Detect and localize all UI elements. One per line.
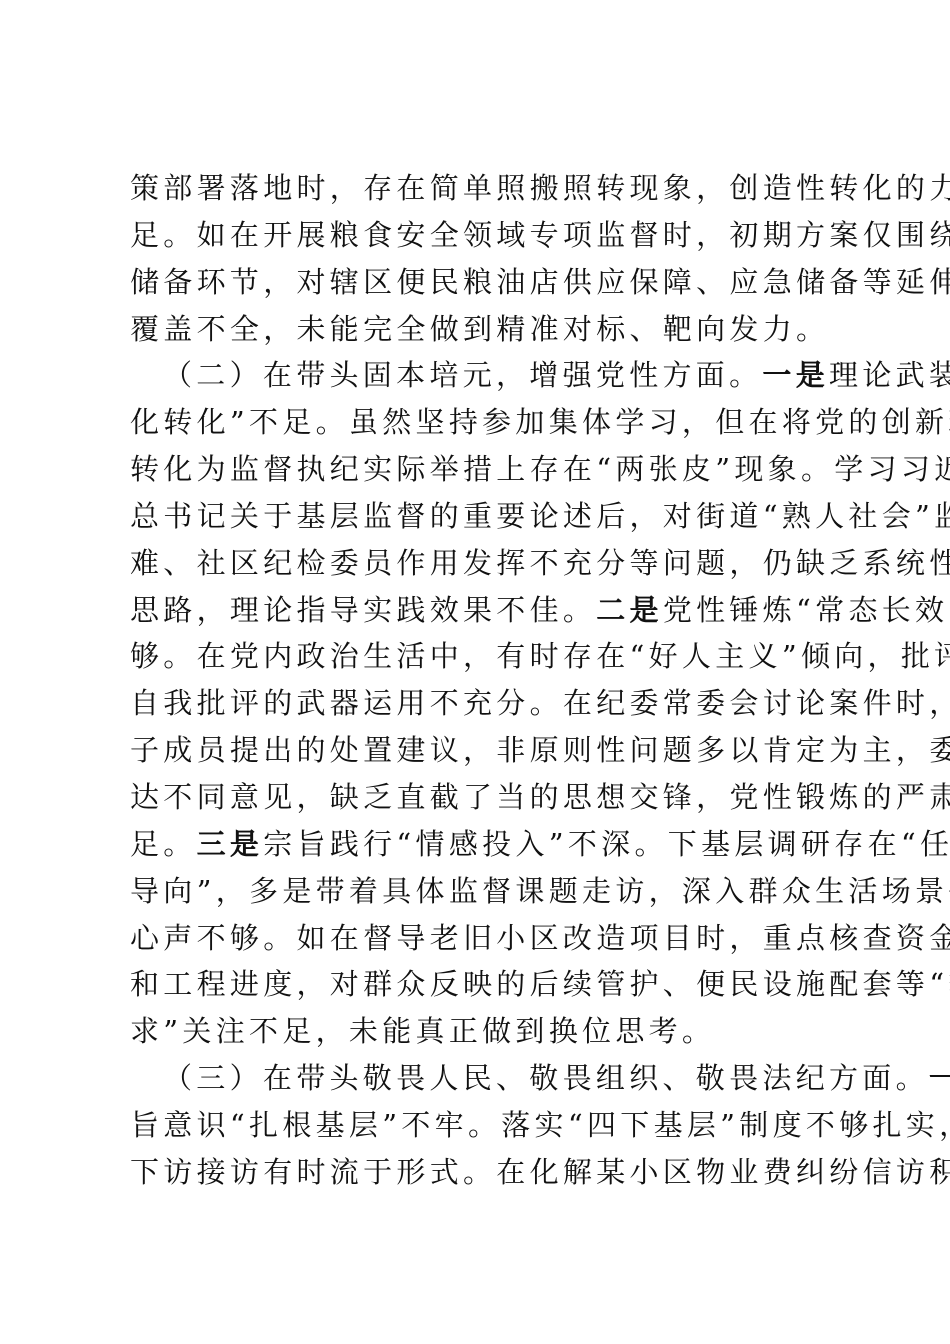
text-line: 思路，理论指导实践效果不佳。二是党性锤炼“常态长效”不	[130, 587, 830, 634]
text-run: 党性锤炼“常态长效”不	[663, 593, 950, 627]
text-line: 难、社区纪检委员作用发挥不充分等问题，仍缺乏系统性破解	[130, 540, 830, 587]
section-3-first-line: （三）在带头敬畏人民、敬畏组织、敬畏法纪方面。一是宗	[130, 1055, 830, 1102]
text-line: 自我批评的武器运用不充分。在纪委常委会讨论案件时，对班	[130, 680, 830, 727]
document-body: 策部署落地时，存在简单照搬照转现象，创造性转化的力度不 足。如在开展粮食安全领域…	[130, 165, 830, 1196]
text-line: 求”关注不足，未能真正做到换位思考。	[130, 1008, 830, 1055]
text-line: 足。如在开展粮食安全领域专项监督时，初期方案仅围绕传统	[130, 212, 830, 259]
text-line: 储备环节，对辖区便民粮油店供应保障、应急储备等延伸环节	[130, 259, 830, 306]
text-line: 够。在党内政治生活中，有时存在“好人主义”倾向，批评与	[130, 633, 830, 680]
text-line: 导向”，多是带着具体监督课题走访，深入群众生活场景倾听	[130, 868, 830, 915]
text-line: 覆盖不全，未能完全做到精准对标、靶向发力。	[130, 306, 830, 353]
point-lead: 三是	[197, 827, 264, 861]
text-line: 下访接访有时流于形式。在化解某小区物业费纠纷信访积案	[130, 1149, 830, 1196]
text-run: 思路，理论指导实践效果不佳。	[130, 593, 596, 627]
document-page: 策部署落地时，存在简单照搬照转现象，创造性转化的力度不 足。如在开展粮食安全领域…	[0, 0, 950, 1344]
point-lead: 二是	[596, 593, 663, 627]
text-line: 心声不够。如在督导老旧小区改造项目时，重点核查资金使用	[130, 915, 830, 962]
section-2-first-line: （二）在带头固本培元，增强党性方面。一是理论武装“内	[130, 352, 830, 399]
text-line: 策部署落地时，存在简单照搬照转现象，创造性转化的力度不	[130, 165, 830, 212]
text-line: 总书记关于基层监督的重要论述后，对街道“熟人社会”监督	[130, 493, 830, 540]
text-run: 宗旨践行“情感投入”不深。下基层调研存在“任务	[263, 827, 950, 861]
text-line: 足。三是宗旨践行“情感投入”不深。下基层调研存在“任务	[130, 821, 830, 868]
text-line: 旨意识“扎根基层”不牢。落实“四下基层”制度不够扎实，	[130, 1102, 830, 1149]
section-heading: （三）在带头敬畏人民、敬畏组织、敬畏法纪方面。	[163, 1061, 929, 1095]
text-line: 和工程进度，对群众反映的后续管护、便民设施配套等“软需	[130, 961, 830, 1008]
text-line: 转化为监督执纪实际举措上存在“两张皮”现象。学习习近平	[130, 446, 830, 493]
text-run: 理论武装“内	[829, 358, 950, 392]
point-lead: 一是	[762, 358, 829, 392]
text-run: 足。	[130, 827, 197, 861]
text-line: 子成员提出的处置建议，非原则性问题多以肯定为主，委婉表	[130, 727, 830, 774]
text-line: 达不同意见，缺乏直截了当的思想交锋，党性锻炼的严肃性不	[130, 774, 830, 821]
point-lead: 一是	[929, 1061, 950, 1095]
section-heading: （二）在带头固本培元，增强党性方面。	[163, 358, 762, 392]
text-line: 化转化”不足。虽然坚持参加集体学习，但在将党的创新理论	[130, 399, 830, 446]
